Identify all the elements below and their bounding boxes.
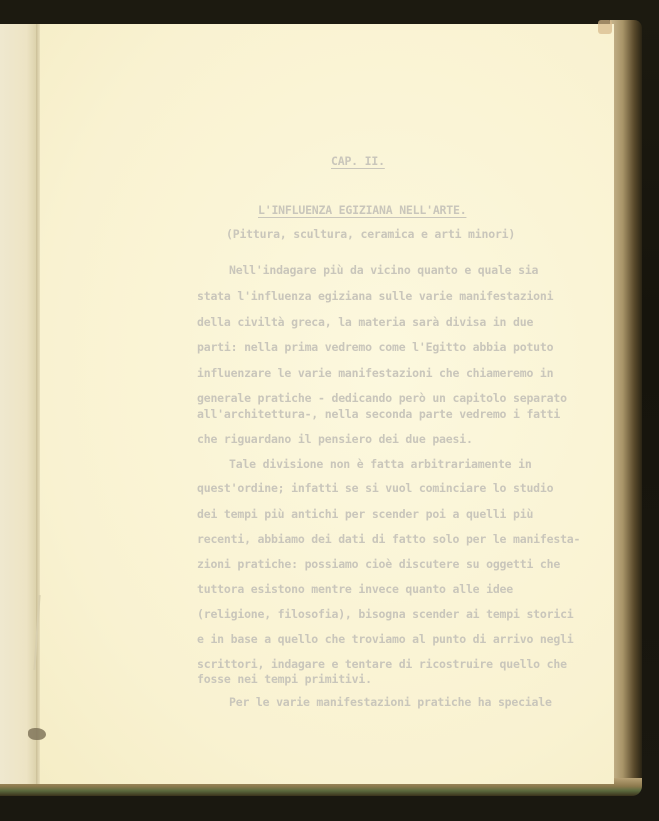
paragraph-line: della civiltà greca, la materia sarà div… — [197, 315, 533, 329]
paragraph-line: zioni pratiche: possiamo cioè discutere … — [197, 557, 560, 571]
paragraph-line: stata l'influenza egiziana sulle varie m… — [197, 289, 553, 303]
paragraph-line: e in base a quello che troviamo al punto… — [197, 632, 574, 646]
paragraph-line: scrittori, indagare e tentare di ricostr… — [197, 657, 567, 671]
paragraph-line: (religione, filosofia), bisogna scender … — [197, 607, 574, 621]
paragraph-line: tuttora esistono mentre invece quanto al… — [197, 582, 513, 596]
book-cover-edge — [610, 20, 642, 795]
paragraph-line: recenti, abbiamo dei dati di fatto solo … — [197, 532, 580, 546]
paragraph-line: che riguardano il pensiero dei due paesi… — [197, 432, 473, 446]
paragraph-line: influenzare le varie manifestazioni che … — [197, 366, 553, 380]
left-page — [0, 24, 38, 784]
document-title: L'INFLUENZA EGIZIANA NELL'ARTE. — [258, 203, 466, 217]
binding-tear — [28, 728, 46, 740]
paragraph-line: quest'ordine; infatti se si vuol cominci… — [197, 481, 553, 495]
chapter-heading: CAP. II. — [331, 154, 385, 168]
paragraph-line: dei tempi più antichi per scender poi a … — [197, 507, 533, 521]
paragraph-line: Nell'indagare più da vicino quanto e qua… — [229, 263, 538, 277]
paragraph-line: Per le varie manifestazioni pratiche ha … — [229, 695, 552, 709]
paragraph-line: fosse nei tempi primitivi. — [197, 672, 372, 686]
document-subtitle: (Pittura, scultura, ceramica e arti mino… — [226, 227, 515, 241]
paragraph-line: parti: nella prima vedremo come l'Egitto… — [197, 340, 553, 354]
paragraph-line: all'architettura-, nella seconda parte v… — [197, 407, 560, 421]
paragraph-line: Tale divisione non è fatta arbitrariamen… — [229, 457, 532, 471]
corner-stain — [598, 20, 612, 34]
paragraph-line: generale pratiche - dedicando però un ca… — [197, 391, 567, 405]
